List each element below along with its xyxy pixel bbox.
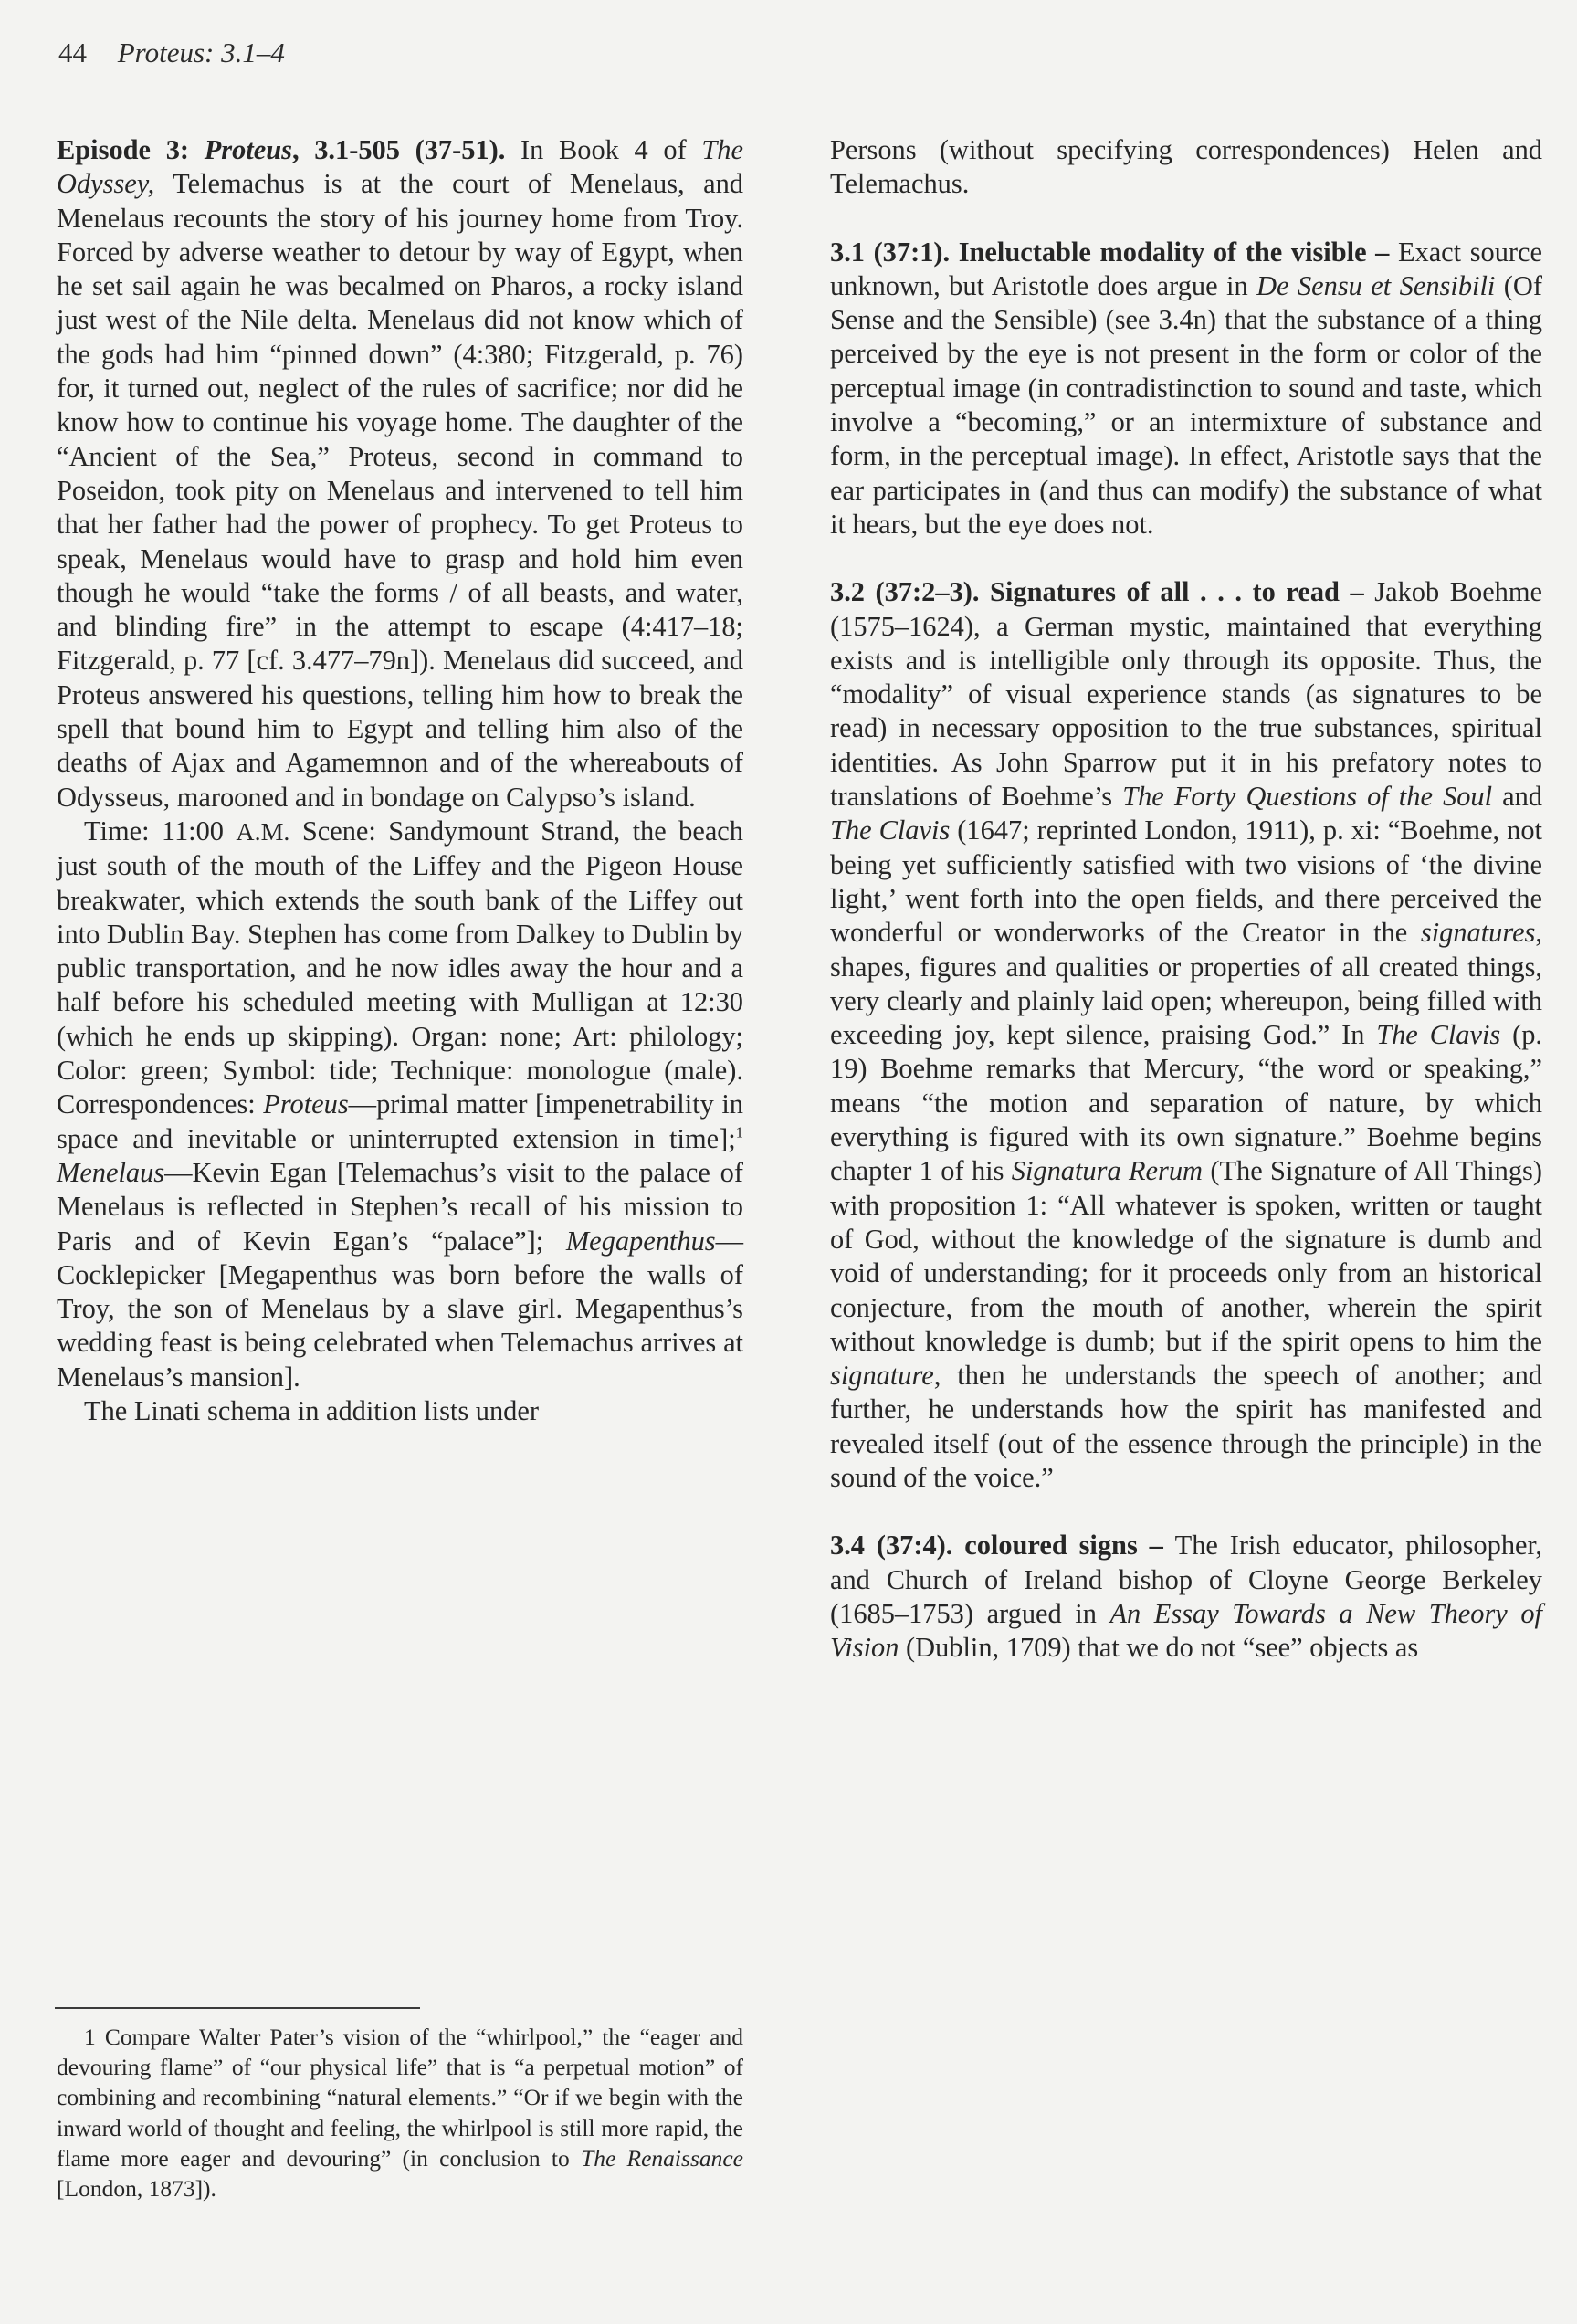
note-text: , then he understands the speech of anot… — [830, 1360, 1542, 1493]
linati-continued: Persons (without specifying corresponden… — [830, 133, 1542, 202]
forty-questions-title: The Forty Questions of the Soul — [1122, 781, 1492, 812]
note-lemma: coloured signs — [964, 1530, 1138, 1561]
right-column: Persons (without specifying corresponden… — [830, 133, 1542, 1665]
renaissance-title: The Renaissance — [581, 2145, 743, 2172]
signatures-italic: signatures — [1421, 917, 1536, 948]
note-text: (Of Sense and the Sensible) (see 3.4n) t… — [830, 270, 1542, 540]
note-ref: 3.1 (37:1). — [830, 237, 959, 268]
footnote: 1 Compare Walter Pater’s vision of the “… — [57, 2022, 743, 2203]
page-number: 44 — [58, 37, 87, 68]
note-3-4: 3.4 (37:4). coloured signs – The Irish e… — [830, 1529, 1542, 1665]
episode-intro-paragraph: Episode 3: Proteus, 3.1-505 (37-51). In … — [57, 133, 743, 815]
episode-intro-text: Telemachus is at the court of Menelaus, … — [57, 168, 743, 812]
menelaus-italic: Menelaus — [57, 1157, 164, 1188]
de-sensu-title: De Sensu et Sensibili — [1256, 270, 1495, 301]
note-dash: – — [1340, 576, 1374, 607]
megapenthus-italic: Megapenthus — [566, 1225, 716, 1257]
note-dash: – — [1367, 237, 1398, 268]
scene-text: Scene: Sandymount Strand, the beach just… — [57, 815, 743, 1120]
time-label: Time: 11:00 — [84, 815, 236, 847]
footnote-divider — [55, 2007, 420, 2009]
running-title: Proteus: 3.1–4 — [118, 37, 285, 68]
episode-heading-label: Episode 3: — [57, 134, 205, 165]
running-head: 44 Proteus: 3.1–4 — [58, 35, 285, 71]
note-text: (Dublin, 1709) that we do not “see” obje… — [899, 1632, 1418, 1663]
episode-heading-range: , 3.1-505 (37-51). — [292, 134, 505, 165]
note-3-1: 3.1 (37:1). Ineluctable modality of the … — [830, 236, 1542, 542]
time-am: A.M. — [236, 818, 289, 847]
note-lemma: Signatures of all . . . to read — [990, 576, 1340, 607]
note-text: and — [1492, 781, 1542, 812]
note-ref: 3.4 (37:4). — [830, 1530, 964, 1561]
signatura-rerum-title: Signatura Rerum — [1012, 1155, 1203, 1186]
proteus-italic: Proteus — [263, 1088, 348, 1120]
note-3-2: 3.2 (37:2–3). Signatures of all . . . to… — [830, 575, 1542, 1495]
left-column: Episode 3: Proteus, 3.1-505 (37-51). In … — [57, 133, 743, 1428]
clavis-title: The Clavis — [830, 815, 950, 846]
scene-paragraph: Time: 11:00 A.M. Scene: Sandymount Stran… — [57, 815, 743, 1394]
footnote-reference[interactable]: 1 — [736, 1123, 743, 1141]
footnote-text: [London, 1873]). — [57, 2175, 216, 2202]
spacer — [830, 202, 1542, 236]
note-dash: – — [1138, 1530, 1175, 1561]
spacer — [830, 542, 1542, 575]
signature-italic: signature — [830, 1360, 934, 1391]
clavis-title: The Clavis — [1376, 1019, 1500, 1050]
note-lemma: Ineluctable modality of the visible — [959, 237, 1367, 268]
note-text: Jakob Boehme (1575–1624), a German mysti… — [830, 576, 1542, 812]
note-ref: 3.2 (37:2–3). — [830, 576, 990, 607]
episode-intro-text: In Book 4 of — [505, 134, 701, 165]
spacer — [830, 1495, 1542, 1529]
linati-paragraph: The Linati schema in addition lists unde… — [57, 1394, 743, 1428]
footnote-number: 1 — [84, 2024, 96, 2050]
episode-heading-title: Proteus — [205, 134, 292, 165]
